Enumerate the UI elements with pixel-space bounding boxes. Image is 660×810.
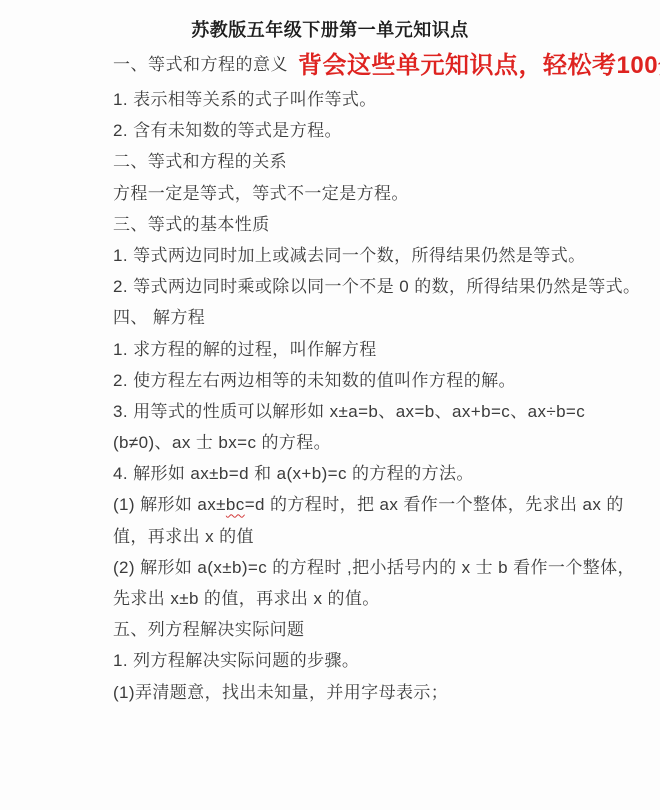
section-heading: 五、列方程解决实际问题 [113,614,633,645]
text-line: 3. 用等式的性质可以解形如 x±a=b、ax=b、ax+b=c、ax÷b=c [113,396,633,427]
text-line: 4. 解形如 ax±b=d 和 a(x+b)=c 的方程的方法。 [113,458,633,489]
text-line: (b≠0)、ax 士 bx=c 的方程。 [113,427,633,458]
document-body: 1. 表示相等关系的式子叫作等式。 2. 含有未知数的等式是方程。 二、等式和方… [113,84,633,708]
text-line: (1)弄清题意，找出未知量，并用字母表示； [113,677,633,708]
text-segment: =d 的方程时，把 ax 看作一个整体，先求出 ax 的 [245,495,624,514]
text-line: 1. 列方程解决实际问题的步骤。 [113,645,633,676]
text-line: (2) 解形如 a(x±b)=c 的方程时 ,把小括号内的 x 士 b 看作一个… [113,552,633,583]
text-line: (1) 解形如 ax±bc=d 的方程时，把 ax 看作一个整体，先求出 ax … [113,489,633,520]
wavy-underline-segment: bc [226,495,245,514]
text-line: 2. 使方程左右两边相等的未知数的值叫作方程的解。 [113,365,633,396]
section-heading: 一、等式和方程的意义 [113,50,288,75]
text-line: 先求出 x±b 的值，再求出 x 的值。 [113,583,633,614]
text-segment: (1) 解形如 ax± [113,495,226,514]
text-line: 1. 表示相等关系的式子叫作等式。 [113,84,633,115]
text-line: 值，再求出 x 的值 [113,521,633,552]
section-heading: 三、等式的基本性质 [113,209,633,240]
page-title: 苏教版五年级下册第一单元知识点 [0,16,660,42]
text-line: 2. 等式两边同时乘或除以同一个不是 0 的数，所得结果仍然是等式。 [113,271,633,302]
text-line: 1. 等式两边同时加上或减去同一个数，所得结果仍然是等式。 [113,240,633,271]
section-1-row: 一、等式和方程的意义 背会这些单元知识点，轻松考100分 [113,44,660,80]
text-line: 方程一定是等式，等式不一定是方程。 [113,178,633,209]
text-line: 2. 含有未知数的等式是方程。 [113,115,633,146]
text-line: 1. 求方程的解的过程，叫作解方程 [113,334,633,365]
document-page: 苏教版五年级下册第一单元知识点 一、等式和方程的意义 背会这些单元知识点，轻松考… [0,0,660,810]
section-heading: 二、等式和方程的关系 [113,146,633,177]
red-annotation: 背会这些单元知识点，轻松考100分 [298,45,660,80]
section-heading: 四、 解方程 [113,302,633,333]
